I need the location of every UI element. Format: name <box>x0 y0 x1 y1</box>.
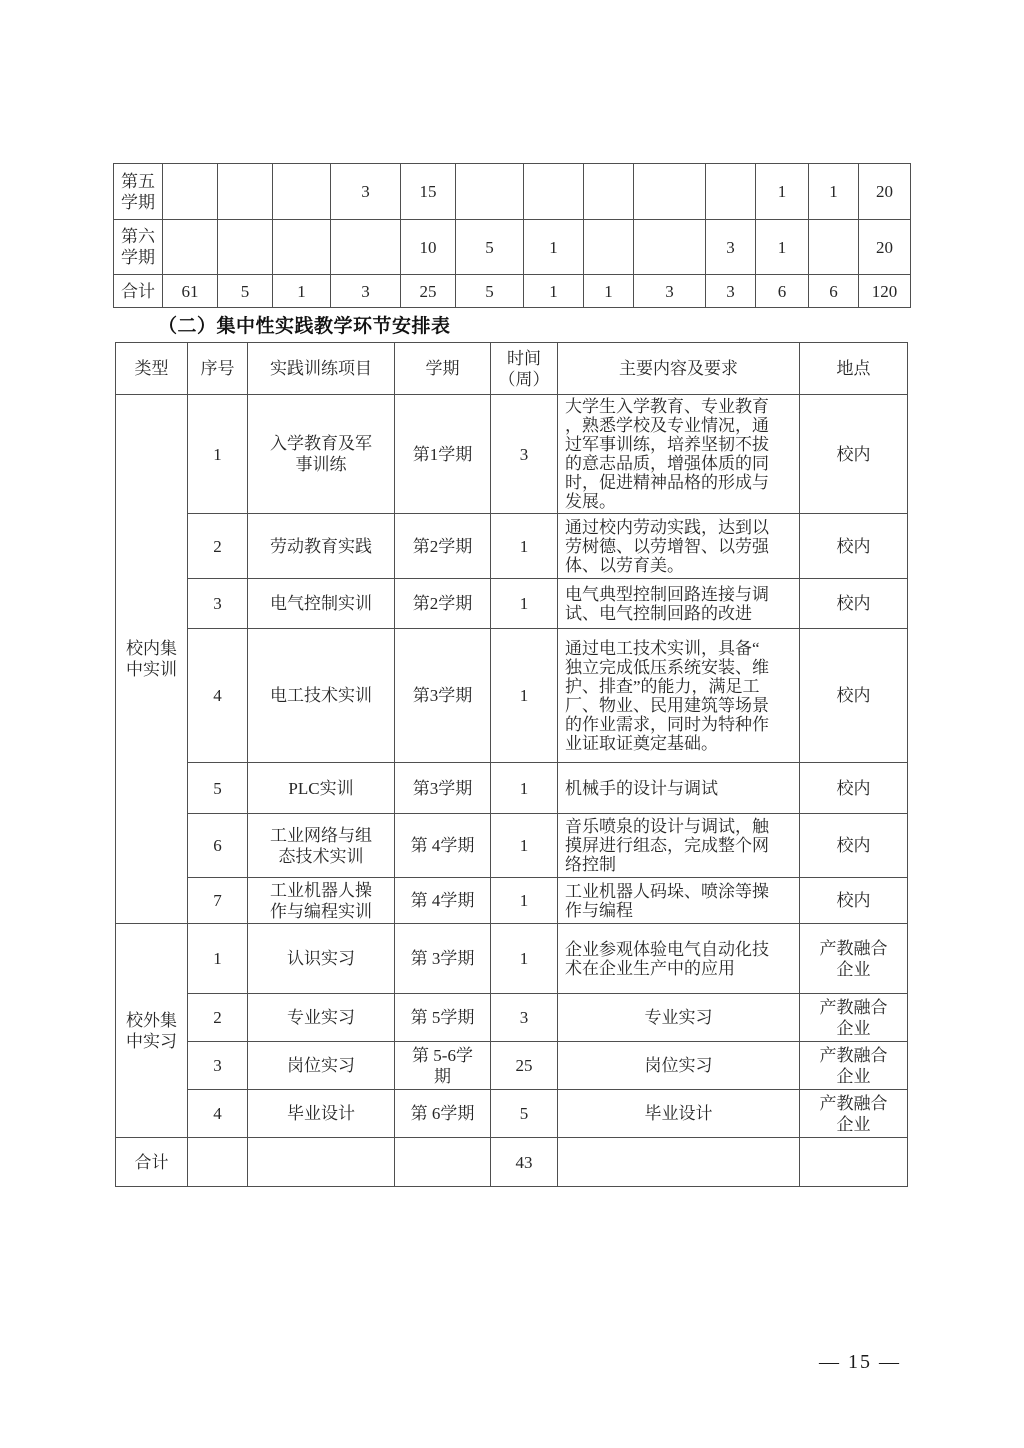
summary-row: 第五 学期3151120 <box>114 164 911 220</box>
column-header: 实践训练项目 <box>248 343 395 395</box>
weeks-cell: 1 <box>491 629 558 763</box>
location-cell: 校内 <box>800 814 908 878</box>
summary-value: 120 <box>859 275 911 308</box>
column-header: 类型 <box>116 343 188 395</box>
summary-value: 3 <box>706 220 756 275</box>
content-cell: 音乐喷泉的设计与调试，触 摸屏进行组态，完成整个网 络控制 <box>558 814 800 878</box>
location-cell: 校内 <box>800 395 908 514</box>
project-cell: 专业实习 <box>248 994 395 1042</box>
content-cell: 专业实习 <box>558 994 800 1042</box>
project-cell: 工业网络与组 态技术实训 <box>248 814 395 878</box>
total-label: 合计 <box>116 1138 188 1187</box>
seq-cell <box>188 1138 248 1187</box>
project-cell: 工业机器人操 作与编程实训 <box>248 878 395 924</box>
summary-value: 20 <box>859 220 911 275</box>
summary-value <box>163 220 218 275</box>
content-cell: 毕业设计 <box>558 1090 800 1138</box>
type-cell: 校内集 中实训 <box>116 395 188 924</box>
table-row: 3岗位实习第 5-6学 期25岗位实习产教融合 企业 <box>116 1042 908 1090</box>
table-row: 4电工技术实训第3学期1通过电工技术实训，具备“ 独立完成低压系统安装、维 护、… <box>116 629 908 763</box>
summary-value: 3 <box>634 275 706 308</box>
project-cell: 电气控制实训 <box>248 579 395 629</box>
project-cell: 毕业设计 <box>248 1090 395 1138</box>
summary-value <box>706 164 756 220</box>
table-row: 校内集 中实训1入学教育及军 事训练第1学期3大学生入学教育、专业教育 ，熟悉学… <box>116 395 908 514</box>
page-number: — 15 — <box>800 1351 920 1374</box>
summary-value <box>273 220 331 275</box>
location-cell: 产教融合 企业 <box>800 1042 908 1090</box>
summary-value <box>456 164 524 220</box>
semester-summary-table: 第五 学期3151120第六 学期10513120合计6151325511336… <box>113 163 911 308</box>
summary-value: 1 <box>273 275 331 308</box>
weeks-cell: 3 <box>491 395 558 514</box>
summary-value: 61 <box>163 275 218 308</box>
seq-cell: 2 <box>188 994 248 1042</box>
location-cell: 产教融合 企业 <box>800 924 908 994</box>
project-cell <box>248 1138 395 1187</box>
total-weeks-cell: 43 <box>491 1138 558 1187</box>
semester-label: 第五 学期 <box>114 164 163 220</box>
section-heading: （二）集中性实践教学环节安排表 <box>158 311 451 338</box>
summary-value: 5 <box>456 275 524 308</box>
project-cell: 入学教育及军 事训练 <box>248 395 395 514</box>
weeks-cell: 5 <box>491 1090 558 1138</box>
location-cell <box>800 1138 908 1187</box>
summary-value: 15 <box>401 164 456 220</box>
semester-label: 合计 <box>114 275 163 308</box>
total-row: 合计43 <box>116 1138 908 1187</box>
summary-value: 1 <box>756 164 809 220</box>
summary-value: 20 <box>859 164 911 220</box>
seq-cell: 1 <box>188 924 248 994</box>
project-cell: 认识实习 <box>248 924 395 994</box>
summary-row: 第六 学期10513120 <box>114 220 911 275</box>
summary-value: 1 <box>584 275 634 308</box>
weeks-cell: 25 <box>491 1042 558 1090</box>
column-header: 时间 （周） <box>491 343 558 395</box>
content-cell: 大学生入学教育、专业教育 ，熟悉学校及专业情况，通 过军事训练，培养坚韧不拔 的… <box>558 395 800 514</box>
practice-schedule-table: 类型序号实践训练项目学期时间 （周）主要内容及要求地点校内集 中实训1入学教育及… <box>115 342 908 1187</box>
header-row: 类型序号实践训练项目学期时间 （周）主要内容及要求地点 <box>116 343 908 395</box>
semester-cell: 第 4学期 <box>395 814 491 878</box>
weeks-cell: 3 <box>491 994 558 1042</box>
semester-cell: 第 6学期 <box>395 1090 491 1138</box>
content-cell: 企业参观体验电气自动化技 术在企业生产中的应用 <box>558 924 800 994</box>
location-cell: 校内 <box>800 763 908 814</box>
summary-value: 3 <box>331 164 401 220</box>
location-cell: 产教融合 企业 <box>800 1090 908 1138</box>
summary-value <box>634 220 706 275</box>
project-cell: PLC实训 <box>248 763 395 814</box>
summary-value <box>218 164 273 220</box>
seq-cell: 2 <box>188 514 248 579</box>
table-row: 6工业网络与组 态技术实训第 4学期1音乐喷泉的设计与调试，触 摸屏进行组态，完… <box>116 814 908 878</box>
semester-cell <box>395 1138 491 1187</box>
summary-value <box>809 220 859 275</box>
semester-cell: 第 5-6学 期 <box>395 1042 491 1090</box>
summary-value: 6 <box>809 275 859 308</box>
document-page: 第五 学期3151120第六 学期10513120合计6151325511336… <box>0 0 1024 1448</box>
summary-value <box>331 220 401 275</box>
seq-cell: 4 <box>188 1090 248 1138</box>
semester-label: 第六 学期 <box>114 220 163 275</box>
seq-cell: 1 <box>188 395 248 514</box>
location-cell: 产教融合 企业 <box>800 994 908 1042</box>
table-row: 校外集 中实习1认识实习第 3学期1企业参观体验电气自动化技 术在企业生产中的应… <box>116 924 908 994</box>
type-cell: 校外集 中实习 <box>116 924 188 1138</box>
summary-value <box>218 220 273 275</box>
table-row: 2专业实习第 5学期3专业实习产教融合 企业 <box>116 994 908 1042</box>
column-header: 地点 <box>800 343 908 395</box>
summary-value: 1 <box>756 220 809 275</box>
location-cell: 校内 <box>800 579 908 629</box>
summary-value: 5 <box>456 220 524 275</box>
summary-value <box>584 164 634 220</box>
summary-value: 25 <box>401 275 456 308</box>
semester-cell: 第 3学期 <box>395 924 491 994</box>
semester-cell: 第 4学期 <box>395 878 491 924</box>
content-cell: 岗位实习 <box>558 1042 800 1090</box>
column-header: 学期 <box>395 343 491 395</box>
content-cell: 通过校内劳动实践，达到以 劳树德、以劳增智、以劳强 体、以劳育美。 <box>558 514 800 579</box>
seq-cell: 4 <box>188 629 248 763</box>
content-cell: 工业机器人码垛、喷涂等操 作与编程 <box>558 878 800 924</box>
table-row: 2劳动教育实践第2学期1通过校内劳动实践，达到以 劳树德、以劳增智、以劳强 体、… <box>116 514 908 579</box>
summary-value: 1 <box>524 275 584 308</box>
content-cell: 电气典型控制回路连接与调 试、电气控制回路的改进 <box>558 579 800 629</box>
semester-cell: 第3学期 <box>395 763 491 814</box>
seq-cell: 6 <box>188 814 248 878</box>
project-cell: 劳动教育实践 <box>248 514 395 579</box>
summary-value: 5 <box>218 275 273 308</box>
content-cell: 通过电工技术实训，具备“ 独立完成低压系统安装、维 护、排查”的能力，满足工 厂… <box>558 629 800 763</box>
summary-value <box>273 164 331 220</box>
weeks-cell: 1 <box>491 579 558 629</box>
semester-cell: 第1学期 <box>395 395 491 514</box>
location-cell: 校内 <box>800 514 908 579</box>
semester-cell: 第2学期 <box>395 514 491 579</box>
summary-row: 合计61513255113366120 <box>114 275 911 308</box>
weeks-cell: 1 <box>491 763 558 814</box>
semester-cell: 第2学期 <box>395 579 491 629</box>
summary-value: 6 <box>756 275 809 308</box>
weeks-cell: 1 <box>491 878 558 924</box>
semester-cell: 第 5学期 <box>395 994 491 1042</box>
semester-cell: 第3学期 <box>395 629 491 763</box>
summary-value <box>584 220 634 275</box>
weeks-cell: 1 <box>491 924 558 994</box>
table-row: 4毕业设计第 6学期5毕业设计产教融合 企业 <box>116 1090 908 1138</box>
content-cell <box>558 1138 800 1187</box>
summary-value: 3 <box>331 275 401 308</box>
summary-value <box>634 164 706 220</box>
table-row: 7工业机器人操 作与编程实训第 4学期1工业机器人码垛、喷涂等操 作与编程校内 <box>116 878 908 924</box>
seq-cell: 5 <box>188 763 248 814</box>
seq-cell: 7 <box>188 878 248 924</box>
summary-value: 10 <box>401 220 456 275</box>
summary-value: 1 <box>524 220 584 275</box>
summary-value: 1 <box>809 164 859 220</box>
weeks-cell: 1 <box>491 814 558 878</box>
seq-cell: 3 <box>188 579 248 629</box>
content-cell: 机械手的设计与调试 <box>558 763 800 814</box>
summary-value <box>163 164 218 220</box>
seq-cell: 3 <box>188 1042 248 1090</box>
location-cell: 校内 <box>800 878 908 924</box>
column-header: 序号 <box>188 343 248 395</box>
table-row: 3电气控制实训第2学期1电气典型控制回路连接与调 试、电气控制回路的改进校内 <box>116 579 908 629</box>
column-header: 主要内容及要求 <box>558 343 800 395</box>
project-cell: 岗位实习 <box>248 1042 395 1090</box>
summary-value <box>524 164 584 220</box>
table-row: 5PLC实训第3学期1机械手的设计与调试校内 <box>116 763 908 814</box>
location-cell: 校内 <box>800 629 908 763</box>
project-cell: 电工技术实训 <box>248 629 395 763</box>
weeks-cell: 1 <box>491 514 558 579</box>
summary-value: 3 <box>706 275 756 308</box>
